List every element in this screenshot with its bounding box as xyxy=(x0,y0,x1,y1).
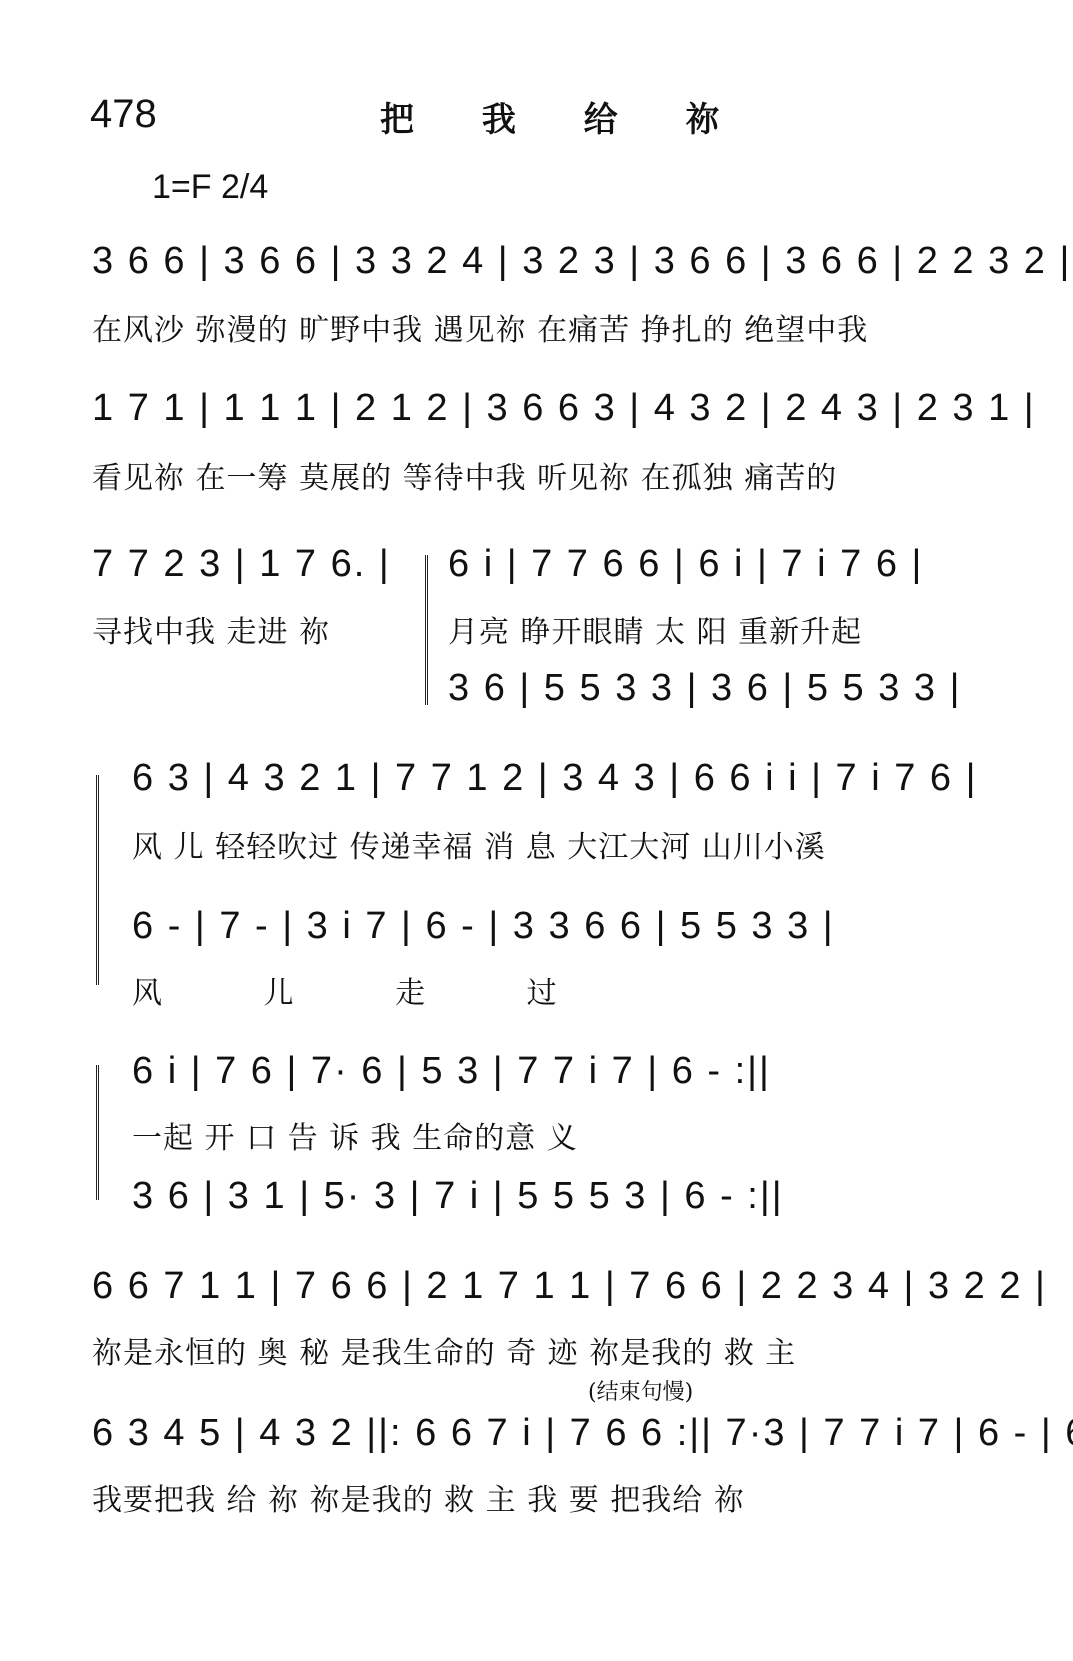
page-number: 478 xyxy=(90,92,157,137)
lyrics-line-4-upper: 风 儿 轻轻吹过 传递幸福 消 息 大江大河 山川小溪 xyxy=(132,822,826,866)
tempo-annotation: (结束句慢) xyxy=(588,1375,693,1406)
notes-line-2: 1 7 1 | 1 1 1 | 2 1 2 | 3 6 6 3 | 4 3 2 … xyxy=(92,387,1036,430)
key-signature: 1=F 2/4 xyxy=(152,168,268,207)
lyrics-line-1: 在风沙 弥漫的 旷野中我 遇见祢 在痛苦 挣扎的 绝望中我 xyxy=(92,305,868,349)
lyrics-line-7: 我要把我 给 祢 祢是我的 救 主 我 要 把我给 祢 xyxy=(92,1475,745,1519)
lyrics-line-4-lower: 风 儿 走 过 xyxy=(132,968,558,1012)
notes-line-1: 3 6 6 | 3 6 6 | 3 3 2 4 | 3 2 3 | 3 6 6 … xyxy=(92,240,1071,283)
lyrics-line-6: 祢是永恒的 奥 秘 是我生命的 奇 迹 祢是我的 救 主 xyxy=(92,1328,796,1372)
notes-line-4-upper: 6 3 | 4 3 2 1 | 7 7 1 2 | 3 4 3 | 6 6 i … xyxy=(132,757,977,800)
lyrics-line-5-upper: 一起 开 口 告 诉 我 生命的意 义 xyxy=(132,1113,578,1157)
part-brace xyxy=(96,775,105,985)
part-brace xyxy=(425,555,434,705)
notes-line-5-lower: 3 6 | 3 1 | 5· 3 | 7 i | 5 5 5 3 | 6 - :… xyxy=(132,1175,784,1218)
lyrics-line-3-upper: 月亮 睁开眼睛 太 阳 重新升起 xyxy=(448,607,862,651)
notes-line-6: 6 6 7 1 1 | 7 6 6 | 2 1 7 1 1 | 7 6 6 | … xyxy=(92,1265,1047,1308)
notes-line-7: 6 3 4 5 | 4 3 2 ||: 6 6 7 i | 7 6 6 :|| … xyxy=(92,1412,1073,1455)
lyrics-line-3-left: 寻找中我 走进 祢 xyxy=(92,607,330,651)
song-title: 把 我 给 祢 xyxy=(380,92,748,141)
notes-line-3-left: 7 7 2 3 | 1 7 6. | xyxy=(92,543,391,586)
lyrics-line-2: 看见祢 在一筹 莫展的 等待中我 听见祢 在孤独 痛苦的 xyxy=(92,453,837,497)
notes-line-3-upper: 6 i | 7 7 6 6 | 6 i | 7 i 7 6 | xyxy=(448,543,923,586)
notes-line-5-upper: 6 i | 7 6 | 7· 6 | 5 3 | 7 7 i 7 | 6 - :… xyxy=(132,1050,771,1093)
part-brace xyxy=(96,1065,105,1200)
notes-line-4-lower: 6 - | 7 - | 3 i 7 | 6 - | 3 3 6 6 | 5 5 … xyxy=(132,905,835,948)
notes-line-3-lower: 3 6 | 5 5 3 3 | 3 6 | 5 5 3 3 | xyxy=(448,667,961,710)
